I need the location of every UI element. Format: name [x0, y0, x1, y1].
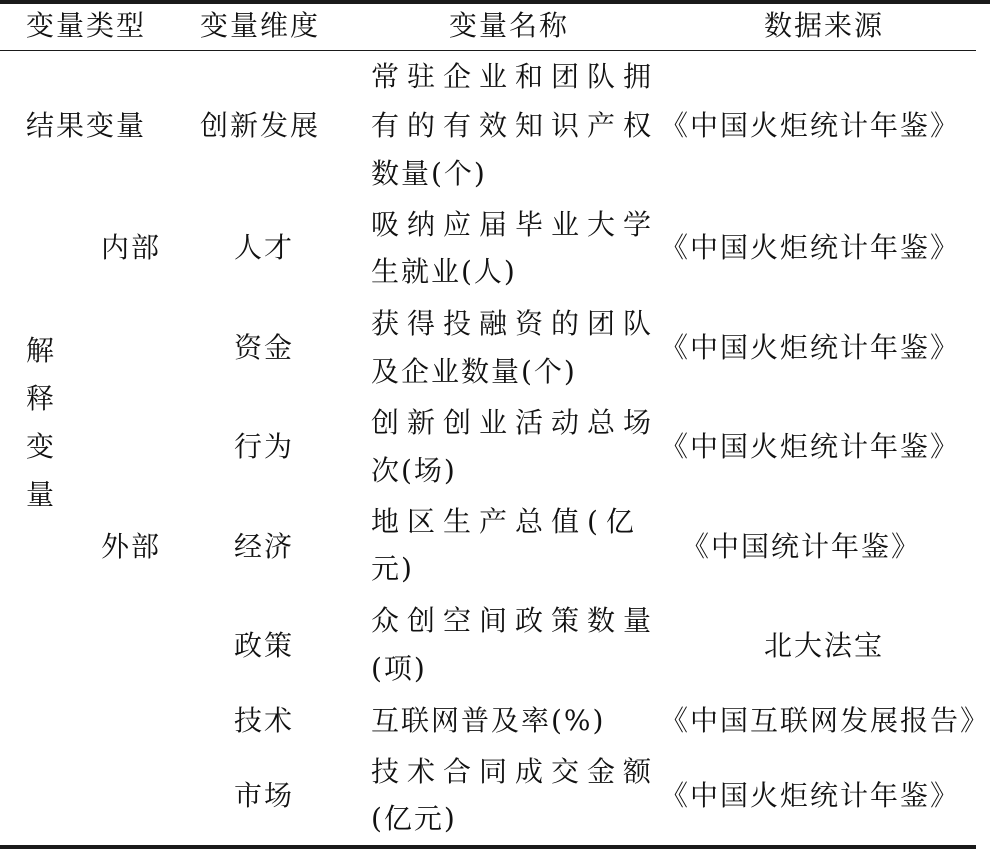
group-internal: 内部 [101, 226, 161, 270]
row-name-line-2: 及企业数量(个) [371, 350, 577, 394]
row-source: 《中国火炬统计年鉴》 [660, 774, 960, 818]
row-name-line-1: 技术合同成交金额 [371, 750, 659, 794]
row-name-line-1: 创新创业活动总场 [371, 401, 659, 445]
row-dimension: 市场 [234, 774, 294, 818]
row-name-line-2: 生就业(人) [371, 250, 517, 294]
row-name-line-2: (项) [371, 647, 427, 691]
header-data-source: 数据来源 [764, 4, 884, 48]
row-dimension: 行为 [234, 425, 294, 469]
outcome-name-line-2: 有的有效知识产权 [371, 104, 659, 148]
row-name-line-2: 次(场) [371, 449, 457, 493]
row-source: 《中国火炬统计年鉴》 [660, 226, 960, 270]
outcome-source: 《中国火炬统计年鉴》 [660, 104, 960, 148]
row-dimension: 技术 [234, 699, 294, 743]
header-rule [0, 50, 976, 51]
explanatory-label-char-2: 释 [26, 376, 54, 422]
row-source: 《中国火炬统计年鉴》 [660, 326, 960, 370]
explanatory-label-char-1: 解 [26, 328, 54, 374]
outcome-name-line-1: 常驻企业和团队拥 [371, 55, 659, 99]
row-name-line-1: 众创空间政策数量 [371, 599, 659, 643]
row-name-line-1: 吸纳应届毕业大学 [371, 203, 659, 247]
explanatory-label-char-4: 量 [26, 472, 54, 518]
outcome-type: 结果变量 [26, 104, 146, 148]
row-name-line-2: 元) [371, 547, 414, 591]
row-name-line-1: 互联网普及率(%) [371, 699, 605, 743]
explanatory-label-char-3: 变 [26, 424, 54, 470]
outcome-name-line-3: 数量(个) [371, 152, 487, 196]
row-dimension: 资金 [234, 326, 294, 370]
row-source: 北大法宝 [764, 624, 884, 668]
group-external: 外部 [101, 525, 161, 569]
outcome-dimension: 创新发展 [200, 104, 320, 148]
header-variable-name: 变量名称 [449, 4, 569, 48]
row-dimension: 政策 [234, 624, 294, 668]
row-source: 《中国火炬统计年鉴》 [660, 425, 960, 469]
row-dimension: 经济 [234, 525, 294, 569]
header-variable-dimension: 变量维度 [200, 4, 320, 48]
row-source: 《中国统计年鉴》 [681, 525, 921, 569]
bottom-rule [0, 845, 976, 849]
row-name-line-1: 地区生产总值(亿 [371, 500, 642, 544]
header-variable-type: 变量类型 [26, 4, 146, 48]
row-dimension: 人才 [234, 226, 294, 270]
row-source: 《中国互联网发展报告》 [660, 699, 990, 743]
row-name-line-2: (亿元) [371, 797, 457, 841]
row-name-line-1: 获得投融资的团队 [371, 302, 659, 346]
